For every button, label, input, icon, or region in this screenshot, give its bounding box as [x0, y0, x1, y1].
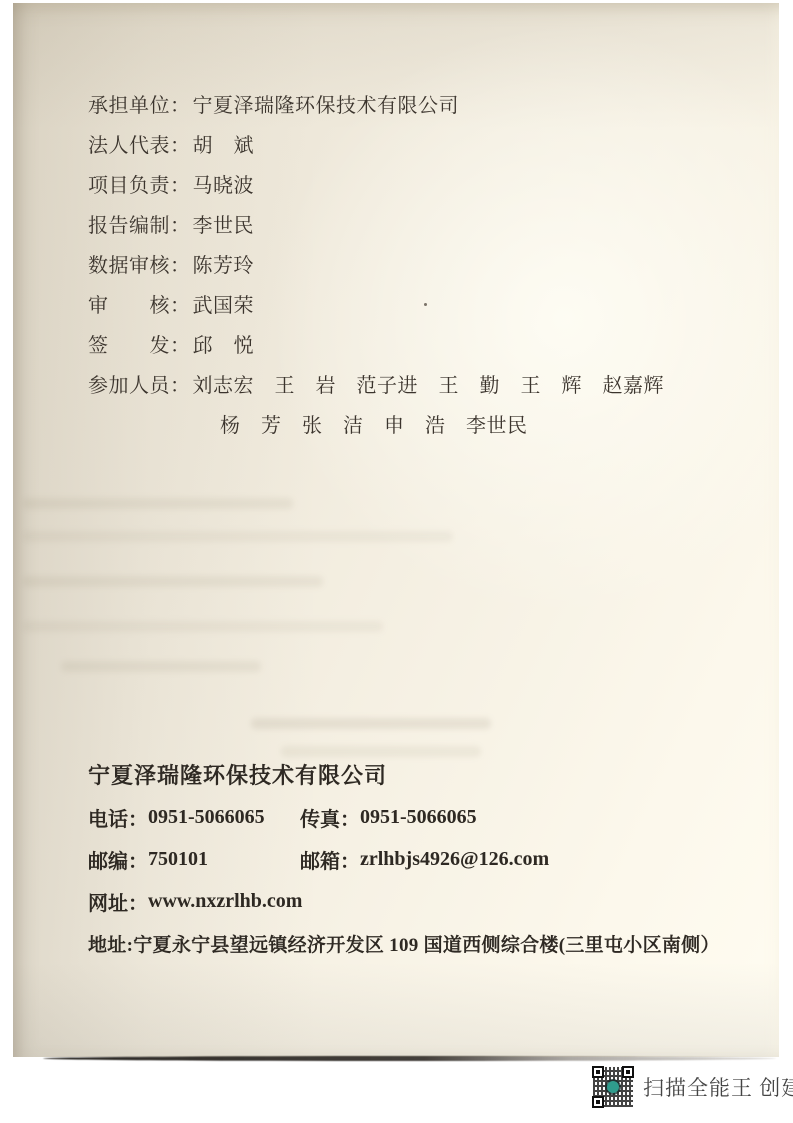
credit-row-project-lead: 项目负责： 马晓波 — [88, 163, 664, 203]
zip-label: 邮编： — [88, 845, 148, 874]
credit-value: 武国荣 — [193, 289, 255, 318]
credit-label: 参加人员： — [88, 369, 191, 398]
scanned-page: 承担单位： 宁夏泽瑞隆环保技术有限公司 法人代表： 胡 斌 项目负责： 马晓波 … — [13, 3, 779, 1057]
credit-value: 马晓波 — [193, 169, 255, 198]
watermark-text: 扫描全能王 创建 — [643, 1072, 793, 1102]
credit-value: 杨 芳 张 洁 申 浩 李世民 — [90, 409, 528, 438]
bleed-through-artifact — [23, 576, 323, 587]
credit-row-undertaking-unit: 承担单位： 宁夏泽瑞隆环保技术有限公司 — [88, 83, 664, 123]
phone-number: 0951-5066065 — [148, 806, 265, 829]
zip-cell: 邮编：750101 — [88, 845, 300, 874]
fax-label: 传真： — [300, 803, 360, 832]
credit-value: 刘志宏 王 岩 范子进 王 勤 王 辉 赵嘉辉 — [193, 369, 665, 398]
credit-value: 李世民 — [193, 209, 255, 238]
credit-label: 数据审核： — [88, 249, 191, 278]
contact-block: 宁夏泽瑞隆环保技术有限公司 电话：0951-5066065 传真：0951-50… — [88, 752, 720, 964]
credits-block: 承担单位： 宁夏泽瑞隆环保技术有限公司 法人代表： 胡 斌 项目负责： 马晓波 … — [88, 83, 664, 443]
qr-finder-top-left — [592, 1066, 604, 1078]
credit-label: 报告编制： — [88, 209, 191, 238]
credit-row-reviewer: 审 核： 武国荣 — [88, 283, 664, 323]
credit-row-legal-representative: 法人代表： 胡 斌 — [88, 123, 664, 163]
credit-value: 陈芳玲 — [193, 249, 255, 278]
camscanner-watermark: 扫描全能王 创建 — [592, 1066, 793, 1108]
paper-bottom-edge-shadow — [43, 1056, 776, 1061]
email-label: 邮箱： — [300, 845, 360, 874]
credit-row-participants: 参加人员： 刘志宏 王 岩 范子进 王 勤 王 辉 赵嘉辉 — [88, 363, 664, 403]
address-value: 宁夏永宁县望远镇经济开发区 109 国道西侧综合楼(三里屯小区南侧） — [133, 930, 720, 957]
credit-row-participants-continued: 杨 芳 张 洁 申 浩 李世民 — [88, 403, 664, 443]
fax-number: 0951-5066065 — [360, 806, 477, 829]
credit-value: 邱 悦 — [193, 329, 255, 358]
credit-row-issuer: 签 发： 邱 悦 — [88, 323, 664, 363]
phone-cell: 电话：0951-5066065 — [88, 803, 300, 832]
fax-cell: 传真：0951-5066065 — [300, 803, 477, 832]
qr-code-icon — [592, 1066, 634, 1108]
address-row: 地址:宁夏永宁县望远镇经济开发区 109 国道西侧综合楼(三里屯小区南侧） — [88, 922, 720, 964]
qr-finder-top-right — [622, 1066, 634, 1078]
address-label: 地址: — [88, 930, 133, 957]
bleed-through-artifact — [251, 718, 491, 729]
phone-label: 电话： — [88, 803, 148, 832]
bleed-through-artifact — [23, 621, 383, 632]
zip-email-row: 邮编：750101 邮箱：zrlhbjs4926@126.com — [88, 838, 720, 880]
website-row: 网址：www.nxzrlhb.com — [88, 880, 720, 922]
email-address: zrlhbjs4926@126.com — [360, 848, 549, 871]
credit-label: 承担单位： — [88, 89, 191, 118]
company-name: 宁夏泽瑞隆环保技术有限公司 — [88, 752, 720, 796]
credit-row-data-review: 数据审核： 陈芳玲 — [88, 243, 664, 283]
website-url: www.nxzrlhb.com — [148, 890, 302, 913]
email-cell: 邮箱：zrlhbjs4926@126.com — [300, 845, 549, 874]
credit-label: 项目负责： — [88, 169, 191, 198]
zip-code: 750101 — [148, 848, 208, 871]
credit-label: 签 发： — [88, 329, 191, 358]
phone-fax-row: 电话：0951-5066065 传真：0951-5066065 — [88, 796, 720, 838]
website-label: 网址： — [88, 887, 148, 916]
credit-value: 宁夏泽瑞隆环保技术有限公司 — [193, 89, 460, 118]
credit-value: 胡 斌 — [193, 129, 255, 158]
bleed-through-artifact — [23, 531, 453, 542]
bleed-through-artifact — [23, 498, 293, 509]
credit-label: 审 核： — [88, 289, 191, 318]
camscanner-logo-icon — [607, 1081, 619, 1093]
credit-row-report-author: 报告编制： 李世民 — [88, 203, 664, 243]
qr-finder-bottom-left — [592, 1096, 604, 1108]
bleed-through-artifact — [61, 661, 261, 672]
credit-label: 法人代表： — [88, 129, 191, 158]
